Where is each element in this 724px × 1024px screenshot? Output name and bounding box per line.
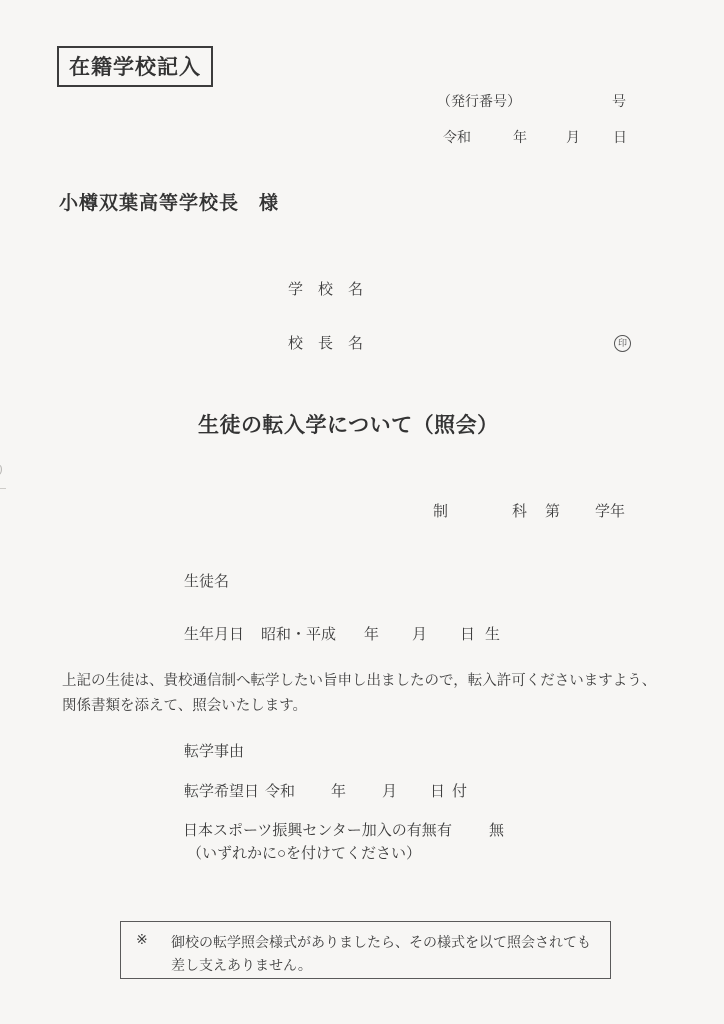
birthdate-day-label: 日 xyxy=(460,623,475,644)
student-name-label: 生徒名 xyxy=(184,570,229,591)
issue-number-label: （発行番号） xyxy=(437,91,521,111)
footnote-line2: 差し支えありません。 xyxy=(171,955,312,975)
issue-number-unit: 号 xyxy=(612,91,626,111)
date-era-label: 令和 xyxy=(443,127,471,147)
transfer-inquiry-form: り｜ 在籍学校記入 （発行番号） 号 令和 年 月 日 小樽双葉高等学校長 様 … xyxy=(0,0,724,1024)
birthdate-era-label: 昭和・平成 xyxy=(261,623,336,644)
date-year-label: 年 xyxy=(513,127,527,147)
principal-name-label: 校 長 名 xyxy=(288,332,363,353)
course-label: 科 xyxy=(512,500,527,521)
desired-date-era-label: 令和 xyxy=(265,780,295,801)
enrolled-school-box: 在籍学校記入 xyxy=(57,46,213,87)
transfer-reason-label: 転学事由 xyxy=(184,740,244,761)
birthdate-suffix-label: 生 xyxy=(485,623,500,644)
addressee-line: 小樽双葉高等学校長 様 xyxy=(59,188,279,215)
footnote-line1: 御校の転学照会様式がありましたら、その様式を以て照会されても xyxy=(171,932,591,952)
desired-date-label: 転学希望日 xyxy=(184,780,259,801)
grade-label: 学年 xyxy=(595,500,625,521)
date-month-label: 月 xyxy=(566,127,580,147)
sports-center-label: 日本スポーツ振興センター加入の有無 xyxy=(183,819,437,840)
school-name-label: 学 校 名 xyxy=(288,278,363,299)
seal-mark: 印 xyxy=(614,335,631,352)
course-system-label: 制 xyxy=(433,500,448,521)
grade-no-label: 第 xyxy=(545,500,560,521)
page-title: 生徒の転入学について（照会） xyxy=(198,409,499,439)
desired-date-year-label: 年 xyxy=(331,780,346,801)
desired-date-day-label: 日 xyxy=(430,780,445,801)
footnote-box: ※ 御校の転学照会様式がありましたら、その様式を以て照会されても 差し支えありま… xyxy=(120,921,611,979)
sports-no-option[interactable]: 無 xyxy=(489,819,504,840)
body-paragraph-line2: 関係書類を添えて、照会いたします。 xyxy=(62,694,307,715)
birthdate-month-label: 月 xyxy=(412,623,427,644)
birthdate-year-label: 年 xyxy=(364,623,379,644)
body-paragraph-line1: 上記の生徒は、貴校通信制へ転学したい旨申し出ましたので，転入許可くださいますよう… xyxy=(62,669,656,690)
sports-circle-note: （いずれかに○を付けてください） xyxy=(187,842,421,863)
sports-yes-option[interactable]: 有 xyxy=(437,819,452,840)
footnote-mark: ※ xyxy=(136,932,148,949)
date-day-label: 日 xyxy=(613,127,627,147)
desired-date-suffix-label: 付 xyxy=(452,780,467,801)
birthdate-label: 生年月日 xyxy=(184,623,244,644)
desired-date-month-label: 月 xyxy=(382,780,397,801)
scan-edge-artifact: り｜ xyxy=(0,462,8,557)
